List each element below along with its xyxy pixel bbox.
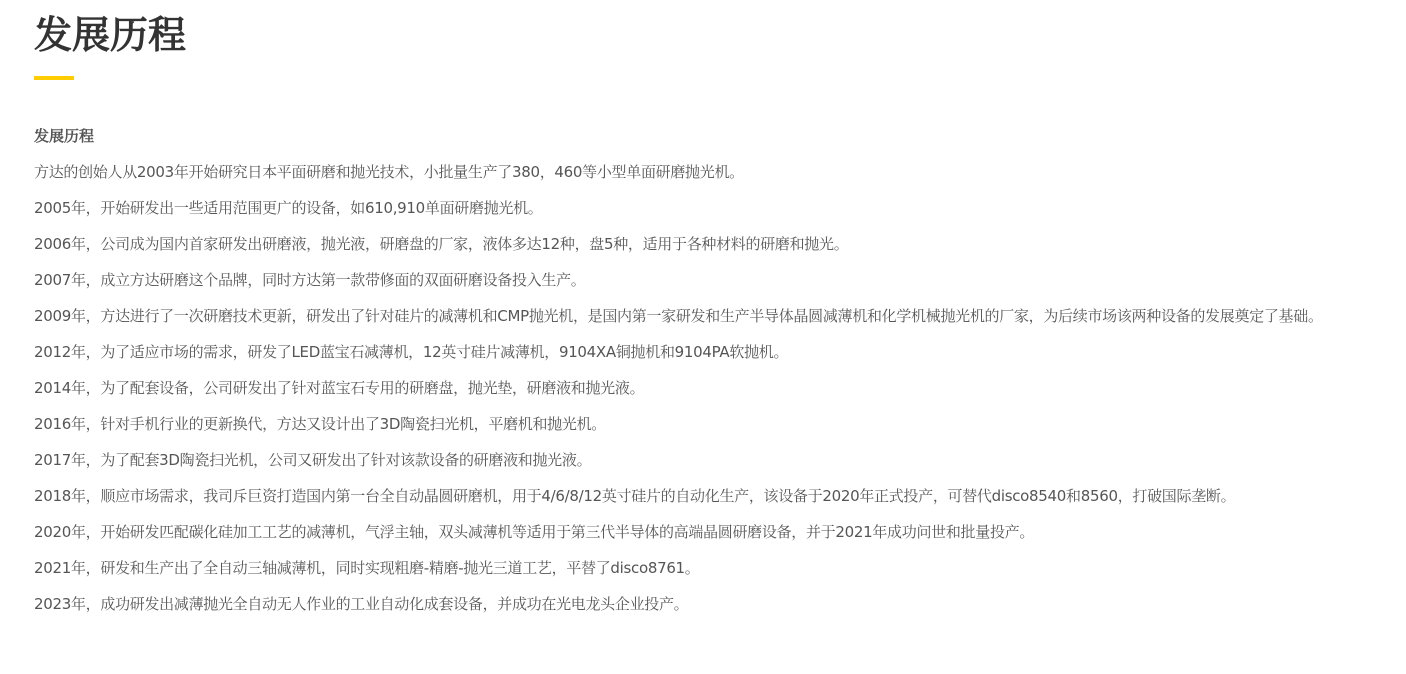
history-paragraph: 方达的创始人从2003年开始研究日本平面研磨和抛光技术，小批量生产了380，46… bbox=[34, 154, 1386, 190]
history-paragraph: 2009年，方达进行了一次研磨技术更新，研发出了针对硅片的减薄机和CMP抛光机，… bbox=[34, 298, 1386, 334]
history-paragraph: 2006年，公司成为国内首家研发出研磨液，抛光液，研磨盘的厂家，液体多达12种，… bbox=[34, 226, 1386, 262]
history-paragraph: 2018年，顺应市场需求，我司斥巨资打造国内第一台全自动晶圆研磨机，用于4/6/… bbox=[34, 478, 1386, 514]
title-accent-bar bbox=[34, 76, 74, 80]
history-paragraph: 2012年，为了适应市场的需求，研发了LED蓝宝石减薄机，12英寸硅片减薄机，9… bbox=[34, 334, 1386, 370]
history-paragraph: 2021年，研发和生产出了全自动三轴减薄机，同时实现粗磨-精磨-抛光三道工艺，平… bbox=[34, 550, 1386, 586]
history-paragraph: 2023年，成功研发出减薄抛光全自动无人作业的工业自动化成套设备，并成功在光电龙… bbox=[34, 586, 1386, 622]
history-paragraph: 2014年，为了配套设备，公司研发出了针对蓝宝石专用的研磨盘，抛光垫，研磨液和抛… bbox=[34, 370, 1386, 406]
history-paragraph: 2016年，针对手机行业的更新换代，方达又设计出了3D陶瓷扫光机，平磨机和抛光机… bbox=[34, 406, 1386, 442]
section-heading: 发展历程 bbox=[34, 118, 1386, 154]
history-paragraph: 2007年，成立方达研磨这个品牌，同时方达第一款带修面的双面研磨设备投入生产。 bbox=[34, 262, 1386, 298]
history-paragraph: 2020年，开始研发匹配碳化硅加工工艺的减薄机，气浮主轴，双头减薄机等适用于第三… bbox=[34, 514, 1386, 550]
page: 发展历程 发展历程 方达的创始人从2003年开始研究日本平面研磨和抛光技术，小批… bbox=[0, 0, 1406, 622]
page-title: 发展历程 bbox=[34, 0, 1386, 58]
history-paragraph: 2005年，开始研发出一些适用范围更广的设备，如610,910单面研磨抛光机。 bbox=[34, 190, 1386, 226]
history-paragraph: 2017年，为了配套3D陶瓷扫光机，公司又研发出了针对该款设备的研磨液和抛光液。 bbox=[34, 442, 1386, 478]
history-content: 发展历程 方达的创始人从2003年开始研究日本平面研磨和抛光技术，小批量生产了3… bbox=[34, 118, 1386, 622]
